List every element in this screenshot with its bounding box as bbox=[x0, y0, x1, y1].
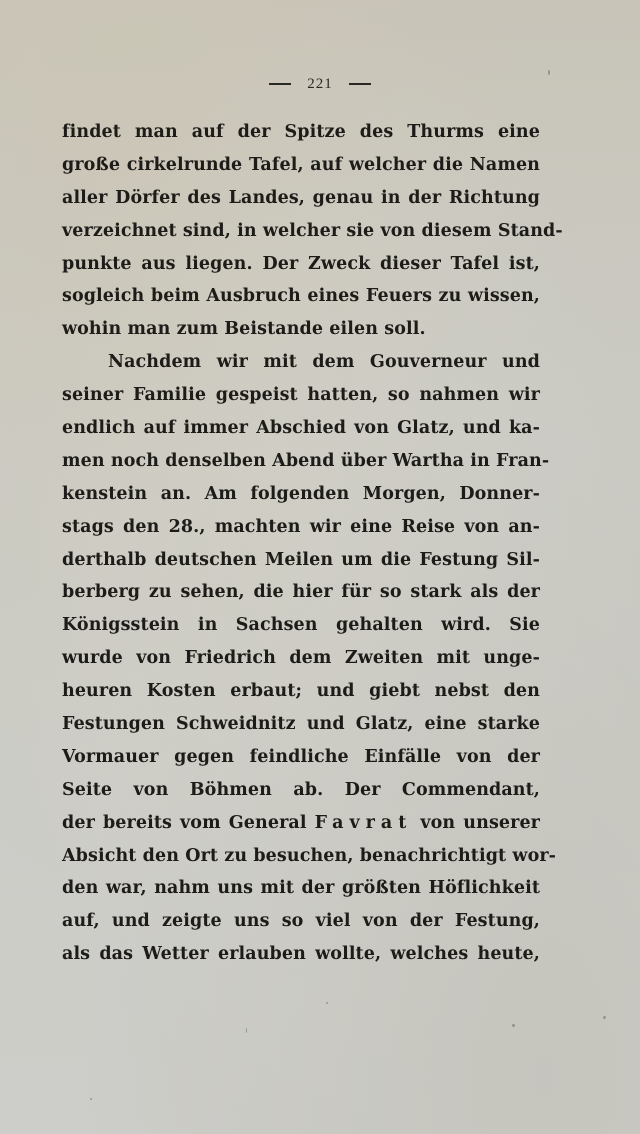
text-line: berberg zu sehen, die hier für so stark … bbox=[62, 576, 540, 609]
paper-speck bbox=[603, 1016, 606, 1019]
text-line: seiner Familie gespeist hatten, so nahme… bbox=[62, 379, 540, 412]
text-line: kenstein an. Am folgenden Morgen, Donner… bbox=[62, 478, 540, 511]
text-line: verzeichnet sind, in welcher sie von die… bbox=[62, 215, 540, 248]
text-line: endlich auf immer Abschied von Glatz, un… bbox=[62, 412, 540, 445]
text-line: findet man auf der Spitze des Thurms ein… bbox=[62, 116, 540, 149]
text-line: wurde von Friedrich dem Zweiten mit unge… bbox=[62, 642, 540, 675]
text-span: von unserer bbox=[412, 813, 540, 833]
text-line: Seite von Böhmen ab. Der Commendant, bbox=[62, 774, 540, 807]
text-line: stags den 28., machten wir eine Reise vo… bbox=[62, 511, 540, 544]
text-line: der bereits vom General Favrat von unser… bbox=[62, 807, 540, 840]
text-line: wohin man zum Beistande eilen soll. bbox=[62, 313, 540, 346]
text-line: Königsstein in Sachsen gehalten wird. Si… bbox=[62, 609, 540, 642]
body-text: findet man auf der Spitze des Thurms ein… bbox=[62, 116, 540, 971]
text-line: als das Wetter erlauben wollte, welches … bbox=[62, 938, 540, 971]
paper-speck bbox=[512, 1024, 515, 1027]
paper-speck bbox=[90, 1098, 92, 1100]
paragraph-1: findet man auf der Spitze des Thurms ein… bbox=[62, 116, 540, 346]
paragraph-2: Nachdem wir mit dem Gouverneur und seine… bbox=[62, 346, 540, 971]
paper-speck bbox=[326, 1002, 328, 1004]
text-line: große cirkelrunde Tafel, auf welcher die… bbox=[62, 149, 540, 182]
text-line: Nachdem wir mit dem Gouverneur und bbox=[62, 346, 540, 379]
text-line: punkte aus liegen. Der Zweck dieser Tafe… bbox=[62, 248, 540, 281]
text-line: Absicht den Ort zu besuchen, benachricht… bbox=[62, 840, 540, 873]
paper-speck bbox=[246, 1028, 247, 1033]
header-right-dash bbox=[349, 83, 371, 85]
emphasized-name: Favrat bbox=[315, 813, 413, 833]
text-line: den war, nahm uns mit der größten Höflic… bbox=[62, 872, 540, 905]
page-header: 221 bbox=[0, 76, 640, 93]
book-page: 221 findet man auf der Spitze des Thurms… bbox=[0, 0, 640, 1134]
text-line: Vormauer gegen feindliche Einfälle von d… bbox=[62, 741, 540, 774]
text-line: Festungen Schweidnitz und Glatz, eine st… bbox=[62, 708, 540, 741]
text-line: sogleich beim Ausbruch eines Feuers zu w… bbox=[62, 280, 540, 313]
text-line: men noch denselben Abend über Wartha in … bbox=[62, 445, 540, 478]
text-line: heuren Kosten erbaut; und giebt nebst de… bbox=[62, 675, 540, 708]
paper-speck bbox=[548, 70, 550, 75]
text-span: der bereits vom General bbox=[62, 813, 315, 833]
text-line: auf, und zeigte uns so viel von der Fest… bbox=[62, 905, 540, 938]
text-line: derthalb deutschen Meilen um die Festung… bbox=[62, 544, 540, 577]
text-line: aller Dörfer des Landes, genau in der Ri… bbox=[62, 182, 540, 215]
page-number: 221 bbox=[307, 76, 333, 92]
header-left-dash bbox=[269, 83, 291, 85]
